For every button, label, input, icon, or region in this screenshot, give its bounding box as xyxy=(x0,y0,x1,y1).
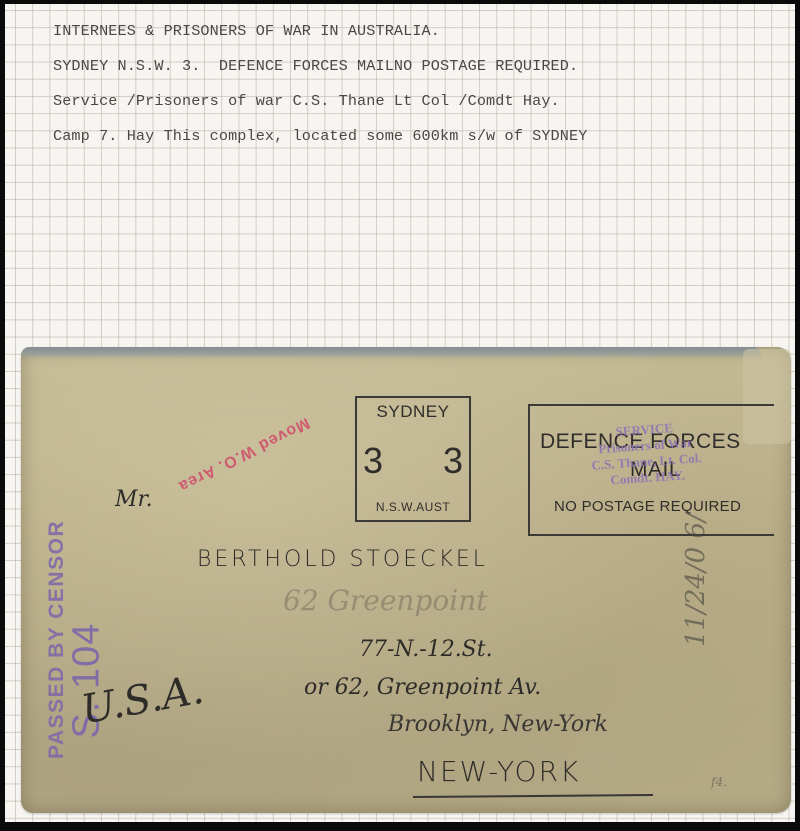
address-salutation: Mr. xyxy=(115,487,153,512)
corner-pencil-mark: f4. xyxy=(711,775,727,789)
red-moved-stamp: Moved W.O. Area xyxy=(175,413,312,495)
address-pencil-note: 62 Greenpoint xyxy=(283,584,487,617)
address-line2: or 62, Greenpoint Av. xyxy=(304,675,541,700)
header-line-postmark: SYDNEY N.S.W. 3. DEFENCE FORCES MAILNO P… xyxy=(53,49,773,84)
side-pencil-note: 11/24/0 6/ xyxy=(681,513,711,647)
envelope-torn-top-edge xyxy=(21,347,761,359)
header-line-service: Service /Prisoners of war C.S. Thane Lt … xyxy=(53,84,773,119)
address-city: NEW-YORK xyxy=(417,755,580,788)
postmark-number-right: 3 xyxy=(443,440,463,482)
service-pow-handstamp: SERVICE Prisoners of War C.S. Thane, Lt.… xyxy=(549,415,743,492)
postmark-state: N.S.W.AUST xyxy=(357,500,469,514)
censor-stamp: PASSED BY CENSOR S. 104 xyxy=(29,457,109,797)
sydney-postmark: SYDNEY 3 3 N.S.W.AUST xyxy=(355,396,471,522)
address-line1: 77-N.-12.St. xyxy=(359,637,493,662)
defence-stamp-line3: NO POSTAGE REQUIRED xyxy=(554,498,741,515)
address-city-underline xyxy=(413,794,653,798)
page-header-typed-text: INTERNEES & PRISONERS OF WAR IN AUSTRALI… xyxy=(53,14,773,154)
album-page: INTERNEES & PRISONERS OF WAR IN AUSTRALI… xyxy=(5,4,795,822)
envelope-cover: SYDNEY 3 3 N.S.W.AUST DEFENCE FORCES MAI… xyxy=(21,347,791,813)
postmark-number-left: 3 xyxy=(363,440,383,482)
address-line3: Brooklyn, New-York xyxy=(388,712,608,737)
header-line-title: INTERNEES & PRISONERS OF WAR IN AUSTRALI… xyxy=(53,14,773,49)
address-recipient-name: BERTHOLD STOECKEL xyxy=(197,547,488,572)
header-line-camp: Camp 7. Hay This complex, located some 6… xyxy=(53,119,773,154)
postmark-city: SYDNEY xyxy=(357,402,469,422)
